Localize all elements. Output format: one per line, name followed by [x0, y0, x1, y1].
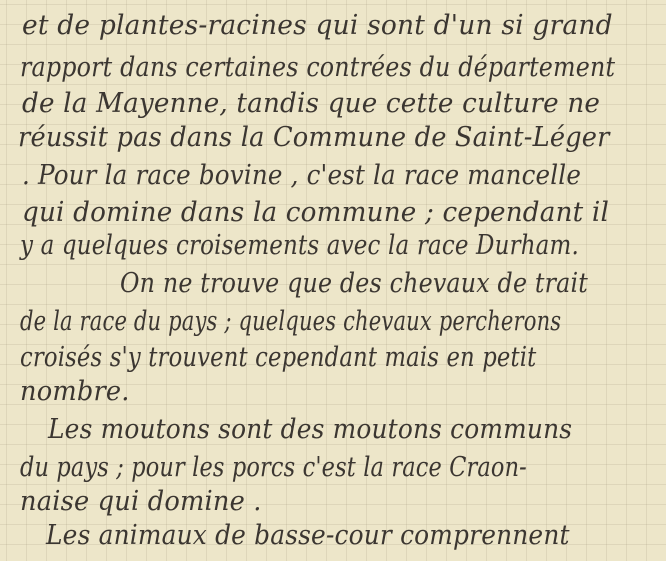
text-line: y a quelques croisements avec la race Du…	[20, 230, 579, 261]
text-line: de la Mayenne, tandis que cette culture …	[22, 88, 600, 119]
text-line: . Pour la race bovine , c'est la race ma…	[22, 160, 581, 191]
text-line: réussit pas dans la Commune de Saint-Lég…	[18, 122, 610, 153]
text-line: qui domine dans la commune ; cependant i…	[22, 197, 609, 228]
manuscript-page: et de plantes-racines qui sont d'un si g…	[0, 0, 666, 561]
text-line: croisés s'y trouvent cependant mais en p…	[20, 342, 536, 373]
text-line: du pays ; pour les porcs c'est la race C…	[20, 452, 527, 483]
text-line: Les animaux de basse-cour comprennent	[46, 520, 570, 551]
text-line: rapport dans certaines contrées du dépar…	[20, 52, 615, 83]
text-line: nombre.	[20, 376, 130, 407]
text-line: de la race du pays ; quelques chevaux pe…	[20, 306, 561, 337]
text-line: naise qui domine .	[20, 486, 262, 517]
text-line: On ne trouve que des chevaux de trait	[120, 268, 588, 299]
text-line: et de plantes-racines qui sont d'un si g…	[22, 10, 613, 41]
text-line: Les moutons sont des moutons communs	[48, 414, 572, 445]
